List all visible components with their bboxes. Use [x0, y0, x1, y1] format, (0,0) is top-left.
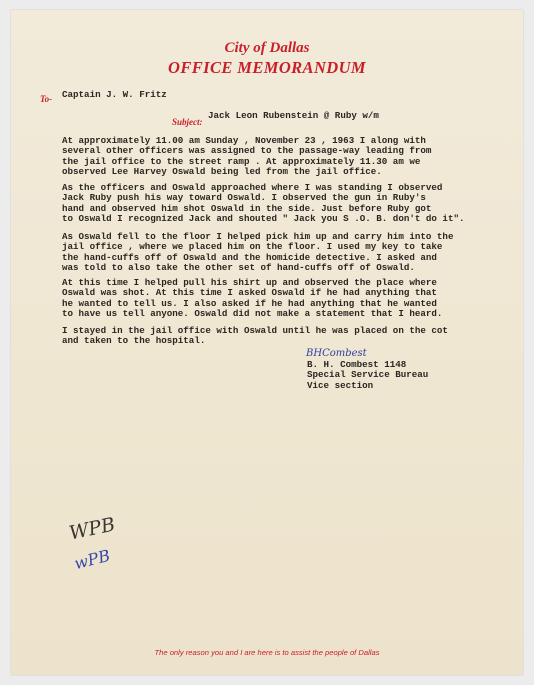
handwritten-signature: BHCombest: [306, 348, 367, 359]
subject-label: Subject:: [172, 117, 203, 127]
signature-block: B. H. Combest 1148 Special Service Burea…: [307, 360, 428, 391]
body-line: was told to also take the other set of h…: [62, 263, 453, 273]
to-label: To-: [40, 94, 52, 104]
footer-motto: The only reason you and I are here is to…: [11, 648, 523, 657]
body-paragraph-1: At approximately 11.00 am Sunday , Novem…: [62, 136, 431, 177]
letterhead-title: OFFICE MEMORANDUM: [11, 58, 523, 78]
memo-page: City of Dallas OFFICE MEMORANDUM To- Cap…: [11, 10, 523, 675]
handwritten-initials-black: WPB: [67, 513, 117, 544]
letterhead-city: City of Dallas: [11, 40, 523, 57]
subject-value: Jack Leon Rubenstein @ Ruby w/m: [208, 111, 379, 121]
body-line: and taken to the hospital.: [62, 336, 448, 346]
body-paragraph-5: I stayed in the jail office with Oswald …: [62, 326, 448, 347]
body-paragraph-4: At this time I helped pull his shirt up …: [62, 278, 442, 319]
handwritten-initials-blue: wPB: [72, 546, 112, 573]
body-line: to Oswald I recognized Jack and shouted …: [62, 214, 464, 224]
signature-section: Vice section: [307, 381, 428, 391]
body-line: to have us tell anyone. Oswald did not m…: [62, 309, 442, 319]
body-paragraph-2: As the officers and Oswald approached wh…: [62, 183, 464, 224]
body-paragraph-3: As Oswald fell to the floor I helped pic…: [62, 232, 453, 273]
body-line: observed Lee Harvey Oswald being led fro…: [62, 167, 431, 177]
to-value: Captain J. W. Fritz: [62, 90, 167, 100]
